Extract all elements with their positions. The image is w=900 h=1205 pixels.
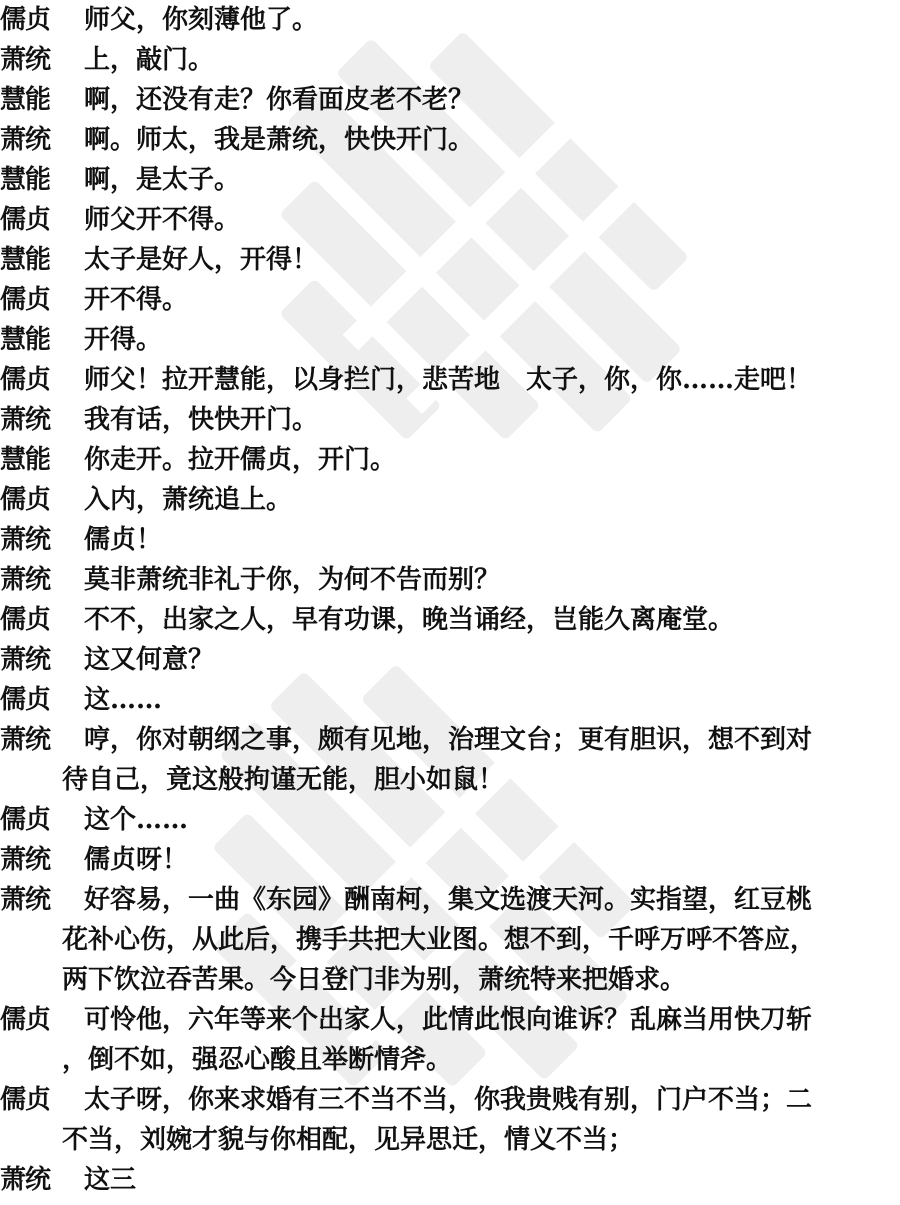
speaker-name: 慧能: [0, 160, 84, 200]
dialogue-line: 可怜他，六年等来个出家人，此情此恨向谁诉？乱麻当用快刀斩: [84, 1000, 900, 1040]
dialogue-line: 这三: [84, 1160, 900, 1200]
dialogue-entry: 慧能 开得。: [0, 320, 900, 360]
dialogue-line: 太子呀，你来求婚有三不当不当，你我贵贱有别，门户不当；二: [84, 1080, 900, 1120]
script-dialogue: 儒贞 师父，你刻薄他了。 萧统 上，敲门。 慧能 啊，还没有走？你看面皮老不老？…: [0, 0, 900, 1200]
speaker-name: 儒贞: [0, 280, 84, 320]
dialogue-entry: 萧统 莫非萧统非礼于你，为何不告而别？: [0, 560, 900, 600]
dialogue-line: 入内，萧统追上。: [84, 480, 900, 520]
dialogue-line: 啊，还没有走？你看面皮老不老？: [84, 80, 900, 120]
speaker-name: 萧统: [0, 560, 84, 600]
dialogue-line: 师父！拉开慧能，以身拦门，悲苦地 太子，你，你……走吧！: [84, 360, 900, 400]
speaker-name: 萧统: [0, 720, 84, 760]
dialogue-line: 你走开。拉开儒贞，开门。: [84, 440, 900, 480]
speaker-name: 慧能: [0, 440, 84, 480]
dialogue-line-continuation: 待自己，竟这般拘谨无能，胆小如鼠！: [62, 760, 900, 800]
speaker-name: 儒贞: [0, 1000, 84, 1040]
speaker-name: 儒贞: [0, 680, 84, 720]
dialogue-entry: 儒贞 师父开不得。: [0, 200, 900, 240]
dialogue-line-continuation: ，倒不如，强忍心酸且举断情斧。: [62, 1040, 900, 1080]
dialogue-line-continuation: 不当，刘婉才貌与你相配，见异思迁，情义不当；: [62, 1120, 900, 1160]
speaker-name: 儒贞: [0, 600, 84, 640]
dialogue-entry: 萧统 哼，你对朝纲之事，颇有见地，治理文台；更有胆识，想不到对 待自己，竟这般拘…: [0, 720, 900, 800]
dialogue-entry: 儒贞 开不得。: [0, 280, 900, 320]
speaker-name: 慧能: [0, 320, 84, 360]
speaker-name: 慧能: [0, 80, 84, 120]
speaker-name: 儒贞: [0, 480, 84, 520]
speaker-name: 儒贞: [0, 1080, 84, 1120]
speaker-name: 儒贞: [0, 800, 84, 840]
speaker-name: 萧统: [0, 880, 84, 920]
dialogue-entry: 萧统 儒贞！: [0, 520, 900, 560]
dialogue-entry: 儒贞 不不，出家之人，早有功课，晚当诵经，岂能久离庵堂。: [0, 600, 900, 640]
dialogue-line: 不不，出家之人，早有功课，晚当诵经，岂能久离庵堂。: [84, 600, 900, 640]
dialogue-entry: 儒贞 师父！拉开慧能，以身拦门，悲苦地 太子，你，你……走吧！: [0, 360, 900, 400]
speaker-name: 儒贞: [0, 360, 84, 400]
speaker-name: 萧统: [0, 520, 84, 560]
dialogue-entry: 慧能 啊，是太子。: [0, 160, 900, 200]
dialogue-line: 开得。: [84, 320, 900, 360]
dialogue-entry: 慧能 太子是好人，开得！: [0, 240, 900, 280]
speaker-name: 萧统: [0, 1160, 84, 1200]
speaker-name: 萧统: [0, 120, 84, 160]
dialogue-entry: 儒贞 入内，萧统追上。: [0, 480, 900, 520]
speaker-name: 萧统: [0, 40, 84, 80]
dialogue-line: 我有话，快快开门。: [84, 400, 900, 440]
dialogue-line: 上，敲门。: [84, 40, 900, 80]
dialogue-entry: 萧统 这三: [0, 1160, 900, 1200]
dialogue-line: 这又何意？: [84, 640, 900, 680]
dialogue-line: 莫非萧统非礼于你，为何不告而别？: [84, 560, 900, 600]
dialogue-entry: 萧统 好容易，一曲《东园》酬南柯，集文选渡天河。实指望，红豆桃 花补心伤，从此后…: [0, 880, 900, 1000]
dialogue-line: 儒贞呀！: [84, 840, 900, 880]
speaker-name: 儒贞: [0, 0, 84, 40]
dialogue-line: 啊，是太子。: [84, 160, 900, 200]
dialogue-line: 开不得。: [84, 280, 900, 320]
dialogue-line: 儒贞！: [84, 520, 900, 560]
dialogue-line: 这……: [84, 680, 900, 720]
dialogue-entry: 萧统 上，敲门。: [0, 40, 900, 80]
speaker-name: 萧统: [0, 840, 84, 880]
dialogue-entry: 慧能 你走开。拉开儒贞，开门。: [0, 440, 900, 480]
speaker-name: 儒贞: [0, 200, 84, 240]
dialogue-entry: 萧统 儒贞呀！: [0, 840, 900, 880]
dialogue-entry: 慧能 啊，还没有走？你看面皮老不老？: [0, 80, 900, 120]
speaker-name: 慧能: [0, 240, 84, 280]
speaker-name: 萧统: [0, 400, 84, 440]
dialogue-entry: 萧统 我有话，快快开门。: [0, 400, 900, 440]
dialogue-line: 这个……: [84, 800, 900, 840]
dialogue-line: 太子是好人，开得！: [84, 240, 900, 280]
dialogue-entry: 萧统 啊。师太，我是萧统，快快开门。: [0, 120, 900, 160]
dialogue-line: 师父开不得。: [84, 200, 900, 240]
dialogue-entry: 儒贞 可怜他，六年等来个出家人，此情此恨向谁诉？乱麻当用快刀斩 ，倒不如，强忍心…: [0, 1000, 900, 1080]
dialogue-line-continuation: 两下饮泣吞苦果。今日登门非为别，萧统特来把婚求。: [62, 960, 900, 1000]
dialogue-line: 好容易，一曲《东园》酬南柯，集文选渡天河。实指望，红豆桃: [84, 880, 900, 920]
dialogue-line-continuation: 花补心伤，从此后，携手共把大业图。想不到，千呼万呼不答应，: [62, 920, 900, 960]
dialogue-entry: 儒贞 这个……: [0, 800, 900, 840]
dialogue-line: 哼，你对朝纲之事，颇有见地，治理文台；更有胆识，想不到对: [84, 720, 900, 760]
dialogue-entry: 儒贞 这……: [0, 680, 900, 720]
speaker-name: 萧统: [0, 640, 84, 680]
dialogue-entry: 萧统 这又何意？: [0, 640, 900, 680]
dialogue-entry: 儒贞 太子呀，你来求婚有三不当不当，你我贵贱有别，门户不当；二 不当，刘婉才貌与…: [0, 1080, 900, 1160]
dialogue-line: 师父，你刻薄他了。: [84, 0, 900, 40]
dialogue-entry: 儒贞 师父，你刻薄他了。: [0, 0, 900, 40]
dialogue-line: 啊。师太，我是萧统，快快开门。: [84, 120, 900, 160]
